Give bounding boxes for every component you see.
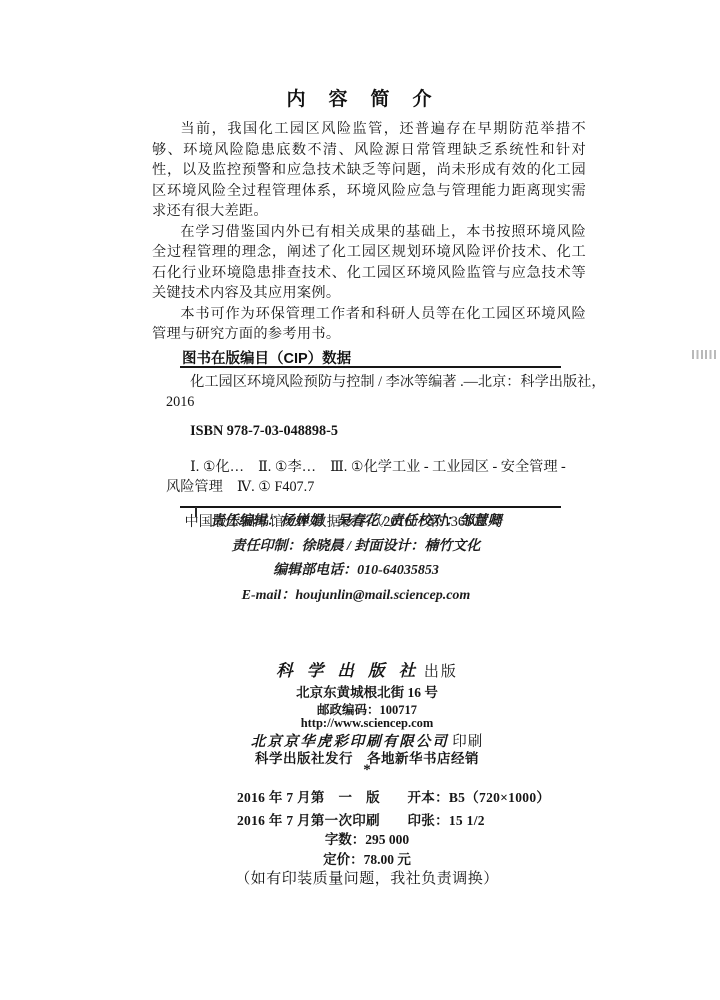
publisher-line: 科 学 出 版 社 出版 [14, 657, 720, 681]
cip-title-line: 化工园区环境风险预防与控制 / 李冰等编著 .—北京：科学出版社， [166, 372, 628, 392]
printing-sheets-line: 2016 年 7 月第一次印刷 印张：15 1/2 [237, 809, 485, 829]
cip-data-block: 化工园区环境风险预防与控制 / 李冰等编著 .—北京：科学出版社， 2016 I… [166, 372, 628, 532]
cip-year-line: 2016 [166, 392, 628, 412]
press-name: 科 学 出 版 社 [276, 661, 420, 680]
editorial-email: E-mail：houjunlin@mail.sciencep.com [0, 584, 712, 609]
publisher-address: 北京东黄城根北街 16 号 [14, 681, 720, 701]
publisher-website: http://www.sciencep.com [14, 716, 720, 731]
staff-credits: 责任编辑：杨婵娟 吴春花 / 责任校对：邹慧卿 责任印制：徐晓晨 / 封面设计：… [0, 510, 712, 608]
abstract-paragraph: 本书可作为环保管理工作者和科研人员等在化工园区环境风险管理与研究方面的参考用书。 [152, 304, 586, 345]
cip-classification-line2: 风险管理 Ⅳ. ① F407.7 [166, 477, 628, 497]
cip-header: 图书在版编目（CIP）数据 [182, 347, 351, 368]
quality-notice: （如有印装质量问题，我社负责调换） [14, 867, 720, 888]
cip-top-rule [180, 366, 561, 368]
copyright-page: 内 容 简 介 当前，我国化工园区风险监管，还普遍存在早期防范举措不够、环境风险… [0, 0, 720, 1000]
abstract-paragraph: 在学习借鉴国内外已有相关成果的基础上，本书按照环境风险全过程管理的理念，阐述了化… [152, 222, 586, 304]
editors-line: 责任编辑：杨婵娟 吴春花 / 责任校对：邹慧卿 [0, 510, 712, 535]
editorial-phone: 编辑部电话：010-64035853 [0, 559, 712, 584]
cip-classification-line1: Ⅰ. ①化… Ⅱ. ①李… Ⅲ. ①化学工业 - 工业园区 - 安全管理 - [166, 457, 628, 477]
separator-star: * [14, 762, 720, 779]
registration-tick-marks [692, 350, 718, 359]
page-title: 内 容 简 介 [0, 84, 720, 111]
cip-bottom-rule [180, 506, 561, 508]
word-count-line: 字数：295 000 [14, 828, 720, 848]
book-abstract: 当前，我国化工园区风险监管，还普遍存在早期防范举措不够、环境风险隐患底数不清、风… [152, 119, 586, 345]
press-suffix: 出版 [424, 664, 458, 680]
print-design-line: 责任印制：徐晓晨 / 封面设计：楠竹文化 [0, 535, 712, 560]
abstract-paragraph: 当前，我国化工园区风险监管，还普遍存在早期防范举措不够、环境风险隐患底数不清、风… [152, 119, 586, 222]
price-line: 定价：78.00 元 [14, 848, 720, 868]
isbn-line: ISBN 978-7-03-048898-5 [166, 421, 628, 441]
edition-format-line: 2016 年 7 月第 一 版 开本：B5（720×1000） [237, 786, 550, 806]
